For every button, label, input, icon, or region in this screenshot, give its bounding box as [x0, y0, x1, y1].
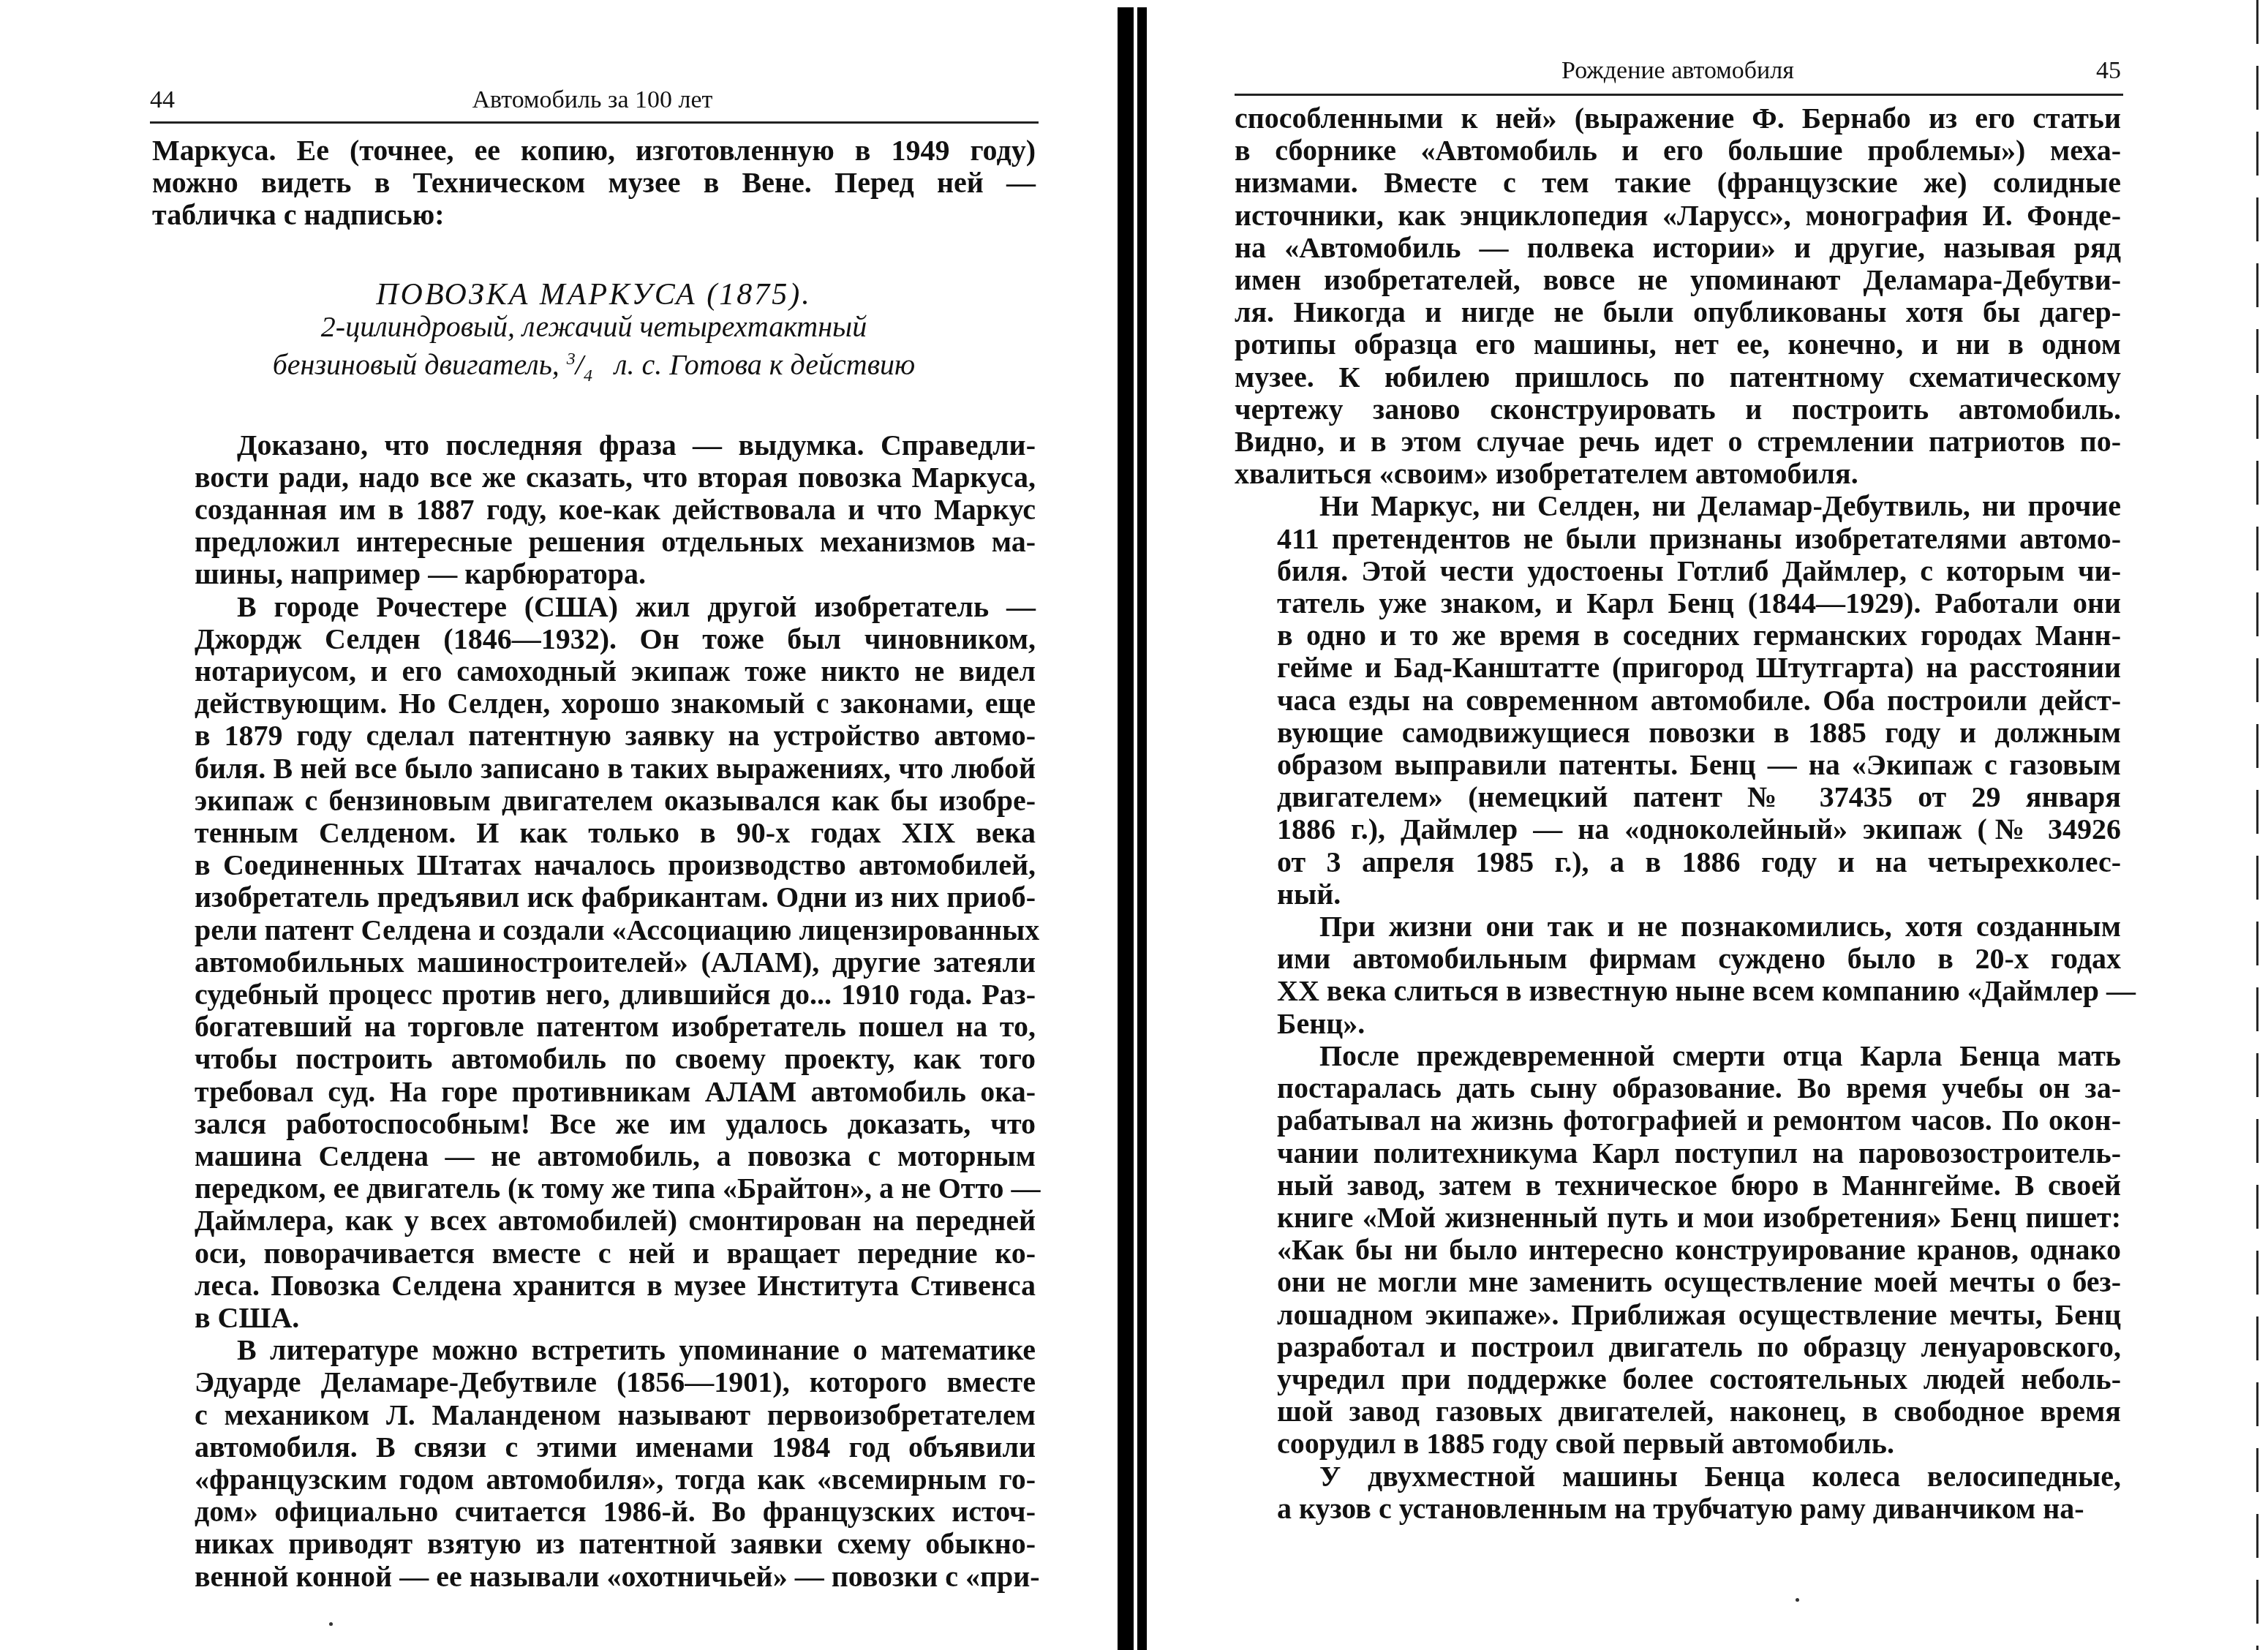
- text-line: требовал суд. На горе противникам АЛАМ а…: [152, 1076, 1036, 1108]
- text-line: В литературе можно встретить упоминание …: [152, 1334, 1036, 1366]
- header-rule: [150, 121, 1039, 124]
- text-line: в США.: [152, 1302, 1036, 1334]
- text-line: Джордж Селден (1846—1932). Он тоже был ч…: [152, 623, 1036, 655]
- text-line: действующим. Но Селден, хорошо знакомый …: [152, 687, 1036, 720]
- text-line: У двухместной машины Бенца колеса велоси…: [1235, 1461, 2121, 1493]
- text-line: хвалиться «своим» изобретателем автомоби…: [1235, 458, 2121, 490]
- text-line: шины, например — карбюратора.: [152, 558, 1036, 590]
- text-line: учредил при поддержке более состоятельны…: [1235, 1363, 2121, 1395]
- paragraph: При жизни они так и не познакомились, хо…: [1235, 911, 2121, 1040]
- plaque-text: бензиновый двигатель,: [273, 348, 560, 381]
- paragraph: После преждевременной смерти отца Карла …: [1235, 1040, 2121, 1461]
- text-line: леса. Повозка Селдена хранится в музее И…: [152, 1270, 1036, 1302]
- text-line: источники, как энциклопедия «Ларусс», мо…: [1235, 200, 2121, 232]
- right-page: Рождение автомобиля 45 способленными к н…: [1156, 0, 2268, 1650]
- text-line: низмами. Вместе с тем такие (французские…: [1235, 167, 2121, 199]
- paragraph: У двухместной машины Бенца колеса велоси…: [1235, 1461, 2121, 1525]
- plaque-text: л. с. Готова к действию: [614, 348, 915, 381]
- text-line: В городе Рочестере (США) жил другой изоб…: [152, 591, 1036, 623]
- text-line: книге «Мой жизненный путь и мои изобрете…: [1235, 1202, 2121, 1234]
- text-line: ный завод, затем в техническое бюро в Ма…: [1235, 1169, 2121, 1202]
- text-line: дом» официально считается 1986-й. Во фра…: [152, 1496, 1036, 1528]
- text-line: разработал и построил двигатель по образ…: [1235, 1331, 2121, 1363]
- text-line: передком, ее двигатель (к тому же типа «…: [152, 1172, 1036, 1205]
- text-line: татель уже знаком, и Карл Бенц (1844—192…: [1235, 587, 2121, 619]
- text-line: в сборнике «Автомобиль и его большие про…: [1235, 135, 2121, 167]
- left-text-column: Маркуса. Ее (точнее, ее копию, изготовле…: [152, 135, 1036, 1593]
- text-line: вости ради, надо все же сказать, что вто…: [152, 462, 1036, 494]
- text-line: в 1879 году сделал патентную заявку на у…: [152, 720, 1036, 752]
- text-line: Ни Маркус, ни Селден, ни Деламар-Дебутви…: [1235, 490, 2121, 522]
- text-line: экипаж с бензиновым двигателем оказывалс…: [152, 785, 1036, 817]
- text-line: «Как бы ни было интересно конструировани…: [1235, 1234, 2121, 1266]
- text-line: машина Селдена — не автомобиль, а повозк…: [152, 1140, 1036, 1172]
- text-line: образом выправили патенты. Бенц — на «Эк…: [1235, 749, 2121, 781]
- text-line: в одно и то же время в соседних германск…: [1235, 619, 2121, 652]
- text-line: ля. Никогда и нигде не были опубликованы…: [1235, 296, 2121, 328]
- text-line: рабатывал на жизнь фотографией и ремонто…: [1235, 1104, 2121, 1137]
- text-line: предложил интересные решения отдельных м…: [152, 526, 1036, 558]
- text-line: часа езды на современном автомобиле. Оба…: [1235, 685, 2121, 717]
- running-title: Автомобиль за 100 лет: [150, 82, 1035, 118]
- scan-edge-mark: [2256, 0, 2258, 1650]
- text-line: Даймлера, как у всех автомобилей) смонти…: [152, 1205, 1036, 1237]
- text-line: Доказано, что последняя фраза — выдумка.…: [152, 429, 1036, 462]
- text-line: чтобы построить автомобиль по своему про…: [152, 1043, 1036, 1075]
- text-line: венной конной — ее называли «охотничьей»…: [152, 1561, 1036, 1593]
- text-line: нотариусом, и его самоходный экипаж тоже…: [152, 655, 1036, 687]
- text-line: судебный процесс против него, длившийся …: [152, 979, 1036, 1011]
- page-number: 45: [2096, 53, 2121, 89]
- left-running-head: 44 Автомобиль за 100 лет: [150, 82, 1035, 118]
- paragraph: В литературе можно встретить упоминание …: [152, 1334, 1036, 1593]
- text-line: постаралась дать сыну образование. Во вр…: [1235, 1072, 2121, 1104]
- plaque-line: 2-цилиндровый, лежачий четырехтактный: [152, 311, 1036, 343]
- text-line: ный.: [1235, 878, 2121, 911]
- running-title: Рождение автомобиля: [1235, 53, 2121, 89]
- fraction-numerator: 3: [567, 350, 576, 369]
- text-line: Маркуса. Ее (точнее, ее копию, изготовле…: [152, 135, 1036, 167]
- header-rule: [1235, 94, 2123, 96]
- text-line: они не могли мне заменить осуществление …: [1235, 1266, 2121, 1298]
- text-line: Видно, и в этом случае речь идет о стрем…: [1235, 426, 2121, 458]
- text-line: чании политехникума Карл поступил на пар…: [1235, 1137, 2121, 1169]
- intro-paragraph: Маркуса. Ее (точнее, ее копию, изготовле…: [152, 135, 1036, 232]
- scan-speck: [1796, 1598, 1799, 1602]
- text-line: богатевший на торговле патентом изобрета…: [152, 1011, 1036, 1043]
- text-line: табличка с надписью:: [152, 199, 1036, 231]
- text-line: После преждевременной смерти отца Карла …: [1235, 1040, 2121, 1072]
- paragraph: Доказано, что последняя фраза — выдумка.…: [152, 429, 1036, 591]
- paragraph: способленными к ней» (выражение Ф. Берна…: [1235, 102, 2121, 490]
- text-line: способленными к ней» (выражение Ф. Берна…: [1235, 102, 2121, 135]
- text-line: лошадном экипаже». Приближая осуществлен…: [1235, 1299, 2121, 1331]
- text-line: с механиком Л. Маланденом называют перво…: [152, 1399, 1036, 1431]
- text-line: ими автомобильным фирмам суждено было в …: [1235, 943, 2121, 975]
- book-binding-gutter: [1118, 7, 1147, 1650]
- text-line: оси, поворачивается вместе с ней и враща…: [152, 1237, 1036, 1270]
- text-line: гейме и Бад-Канштатте (пригород Штутгарт…: [1235, 652, 2121, 684]
- text-line: имен изобретателей, вовсе не упоминают Д…: [1235, 264, 2121, 296]
- right-paragraphs: способленными к ней» (выражение Ф. Берна…: [1235, 102, 2121, 1525]
- left-page: 44 Автомобиль за 100 лет Маркуса. Ее (то…: [0, 0, 1112, 1650]
- right-running-head: Рождение автомобиля 45: [1235, 53, 2121, 89]
- text-line: чертежу заново сконструировать и построи…: [1235, 393, 2121, 426]
- plaque-line: бензиновый двигатель, 3/4 л. с. Готова к…: [152, 343, 1036, 393]
- text-line: вующие самодвижущиеся повозки в 1885 год…: [1235, 717, 2121, 749]
- text-line: музее. К юбилею пришлось по патентному с…: [1235, 361, 2121, 393]
- scan-speck: [329, 1622, 333, 1626]
- text-line: шой завод газовых двигателей, наконец, в…: [1235, 1395, 2121, 1428]
- text-line: XX века слиться в известную ныне всем ко…: [1235, 975, 2121, 1007]
- text-line: на «Автомобиль — полвека истории» и друг…: [1235, 232, 2121, 264]
- right-text-column: способленными к ней» (выражение Ф. Берна…: [1235, 102, 2121, 1525]
- text-line: соорудил в 1885 году свой первый автомоб…: [1235, 1428, 2121, 1460]
- left-paragraphs: Доказано, что последняя фраза — выдумка.…: [152, 429, 1036, 1593]
- text-line: ротипы образца его машины, нет ее, конеч…: [1235, 328, 2121, 361]
- text-line: рели патент Селдена и создали «Ассоциаци…: [152, 914, 1036, 946]
- text-line: автомобильных машиностроителей» (АЛАМ), …: [152, 946, 1036, 979]
- fraction-denominator: 4: [584, 366, 592, 385]
- text-line: Бенц».: [1235, 1008, 2121, 1040]
- paragraph: Ни Маркус, ни Селден, ни Деламар-Дебутви…: [1235, 490, 2121, 911]
- text-line: 1886 г.), Даймлер — на «одноколейный» эк…: [1235, 813, 2121, 845]
- text-line: автомобиля. В связи с этими именами 1984…: [152, 1431, 1036, 1463]
- plaque-title: ПОВОЗКА МАРКУСА (1875).: [152, 279, 1036, 311]
- paragraph: В городе Рочестере (США) жил другой изоб…: [152, 591, 1036, 1335]
- text-line: можно видеть в Техническом музее в Вене.…: [152, 167, 1036, 199]
- text-line: двигателем» (немецкий патент № 37435 от …: [1235, 781, 2121, 813]
- text-line: созданная им в 1887 году, кое-как действ…: [152, 494, 1036, 526]
- text-line: в Соединенных Штатах началось производст…: [152, 849, 1036, 881]
- text-line: никах приводят взятую из патентной заявк…: [152, 1528, 1036, 1560]
- plaque-inscription: ПОВОЗКА МАРКУСА (1875). 2-цилиндровый, л…: [152, 279, 1036, 393]
- text-line: тенным Селденом. И как только в 90-х год…: [152, 817, 1036, 849]
- text-line: зался работоспособным! Все же им удалось…: [152, 1108, 1036, 1140]
- text-line: 411 претендентов не были признаны изобре…: [1235, 523, 2121, 555]
- text-line: а кузов с установленным на трубчатую рам…: [1235, 1493, 2121, 1525]
- text-line: При жизни они так и не познакомились, хо…: [1235, 911, 2121, 943]
- text-line: изобретатель предъявил иск фабрикантам. …: [152, 881, 1036, 913]
- text-line: от 3 апреля 1985 г.), а в 1886 году и на…: [1235, 846, 2121, 878]
- text-line: Эдуарде Деламаре-Дебутвиле (1856—1901), …: [152, 1366, 1036, 1398]
- text-line: биля. В ней все было записано в таких вы…: [152, 753, 1036, 785]
- text-line: биля. Этой чести удостоены Готлиб Даймле…: [1235, 555, 2121, 587]
- text-line: «французским годом автомобиля», тогда ка…: [152, 1463, 1036, 1496]
